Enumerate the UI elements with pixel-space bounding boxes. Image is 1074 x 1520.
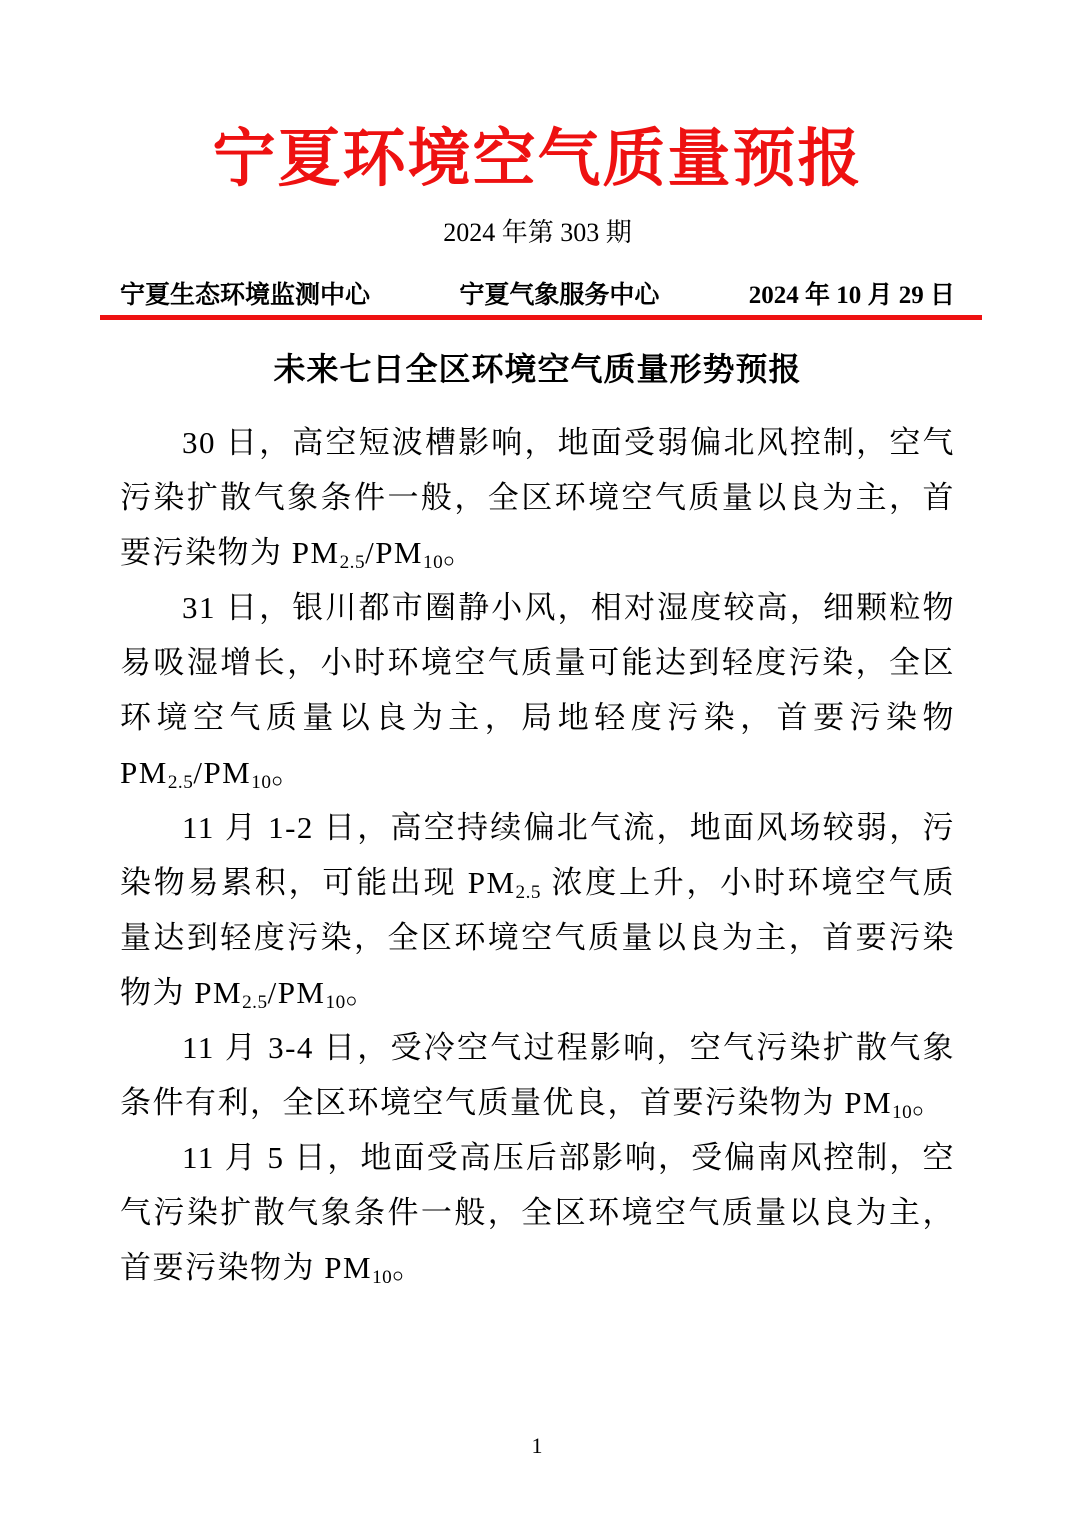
pm-subscript: 2.5 — [242, 992, 268, 1013]
red-divider-rule — [100, 315, 982, 320]
paragraph-text: 。 — [392, 1250, 425, 1285]
forecast-paragraph-5: 11 月 5 日，地面受高压后部影响，受偏南风控制，空气污染扩散气象条件一般，全… — [120, 1130, 955, 1295]
document-page: 宁夏环境空气质量预报 2024 年第 303 期 宁夏生态环境监测中心 宁夏气象… — [0, 0, 1074, 1520]
pm-subscript: 10 — [892, 1102, 912, 1123]
section-title: 未来七日全区环境空气质量形势预报 — [120, 347, 955, 391]
paragraph-text: 11 月 3-4 日，受冷空气过程影响，空气污染扩散气象条件有利，全区环境空气质… — [120, 1030, 955, 1120]
org-monitoring-center: 宁夏生态环境监测中心 — [120, 280, 370, 312]
pm-subscript: 10 — [372, 1267, 392, 1288]
paragraph-text: /PM — [268, 975, 326, 1010]
paragraph-text: 。 — [271, 755, 304, 790]
paragraph-text: 30 日，高空短波槽影响，地面受弱偏北风控制，空气污染扩散气象条件一般，全区环境… — [120, 425, 955, 570]
paragraph-text: 。 — [346, 975, 379, 1010]
paragraph-text: 。 — [912, 1085, 945, 1120]
paragraph-text: 。 — [443, 535, 476, 570]
issue-date: 2024 年 10 月 29 日 — [749, 280, 955, 312]
paragraph-text: 11 月 5 日，地面受高压后部影响，受偏南风控制，空气污染扩散气象条件一般，全… — [120, 1140, 955, 1285]
pm-subscript: 10 — [326, 992, 346, 1013]
forecast-paragraph-4: 11 月 3-4 日，受冷空气过程影响，空气污染扩散气象条件有利，全区环境空气质… — [120, 1020, 955, 1130]
header-row: 宁夏生态环境监测中心 宁夏气象服务中心 2024 年 10 月 29 日 — [120, 280, 955, 312]
pm-subscript: 10 — [423, 552, 443, 573]
forecast-paragraph-1: 30 日，高空短波槽影响，地面受弱偏北风控制，空气污染扩散气象条件一般，全区环境… — [120, 415, 955, 580]
pm-subscript: 2.5 — [516, 882, 542, 903]
pm-subscript: 2.5 — [168, 772, 194, 793]
page-number: 1 — [0, 1432, 1074, 1460]
issue-number: 2024 年第 303 期 — [120, 216, 955, 250]
paragraph-text: /PM — [193, 755, 251, 790]
pm-subscript: 2.5 — [340, 552, 366, 573]
forecast-body: 30 日，高空短波槽影响，地面受弱偏北风控制，空气污染扩散气象条件一般，全区环境… — [120, 415, 955, 1295]
forecast-paragraph-3: 11 月 1-2 日，高空持续偏北气流，地面风场较弱，污染物易累积，可能出现 P… — [120, 800, 955, 1020]
document-title: 宁夏环境空气质量预报 — [120, 118, 955, 200]
org-meteorological-center: 宁夏气象服务中心 — [459, 280, 659, 312]
pm-subscript: 10 — [251, 772, 271, 793]
paragraph-text: /PM — [365, 535, 423, 570]
forecast-paragraph-2: 31 日，银川都市圈静小风，相对湿度较高，细颗粒物易吸湿增长，小时环境空气质量可… — [120, 580, 955, 800]
